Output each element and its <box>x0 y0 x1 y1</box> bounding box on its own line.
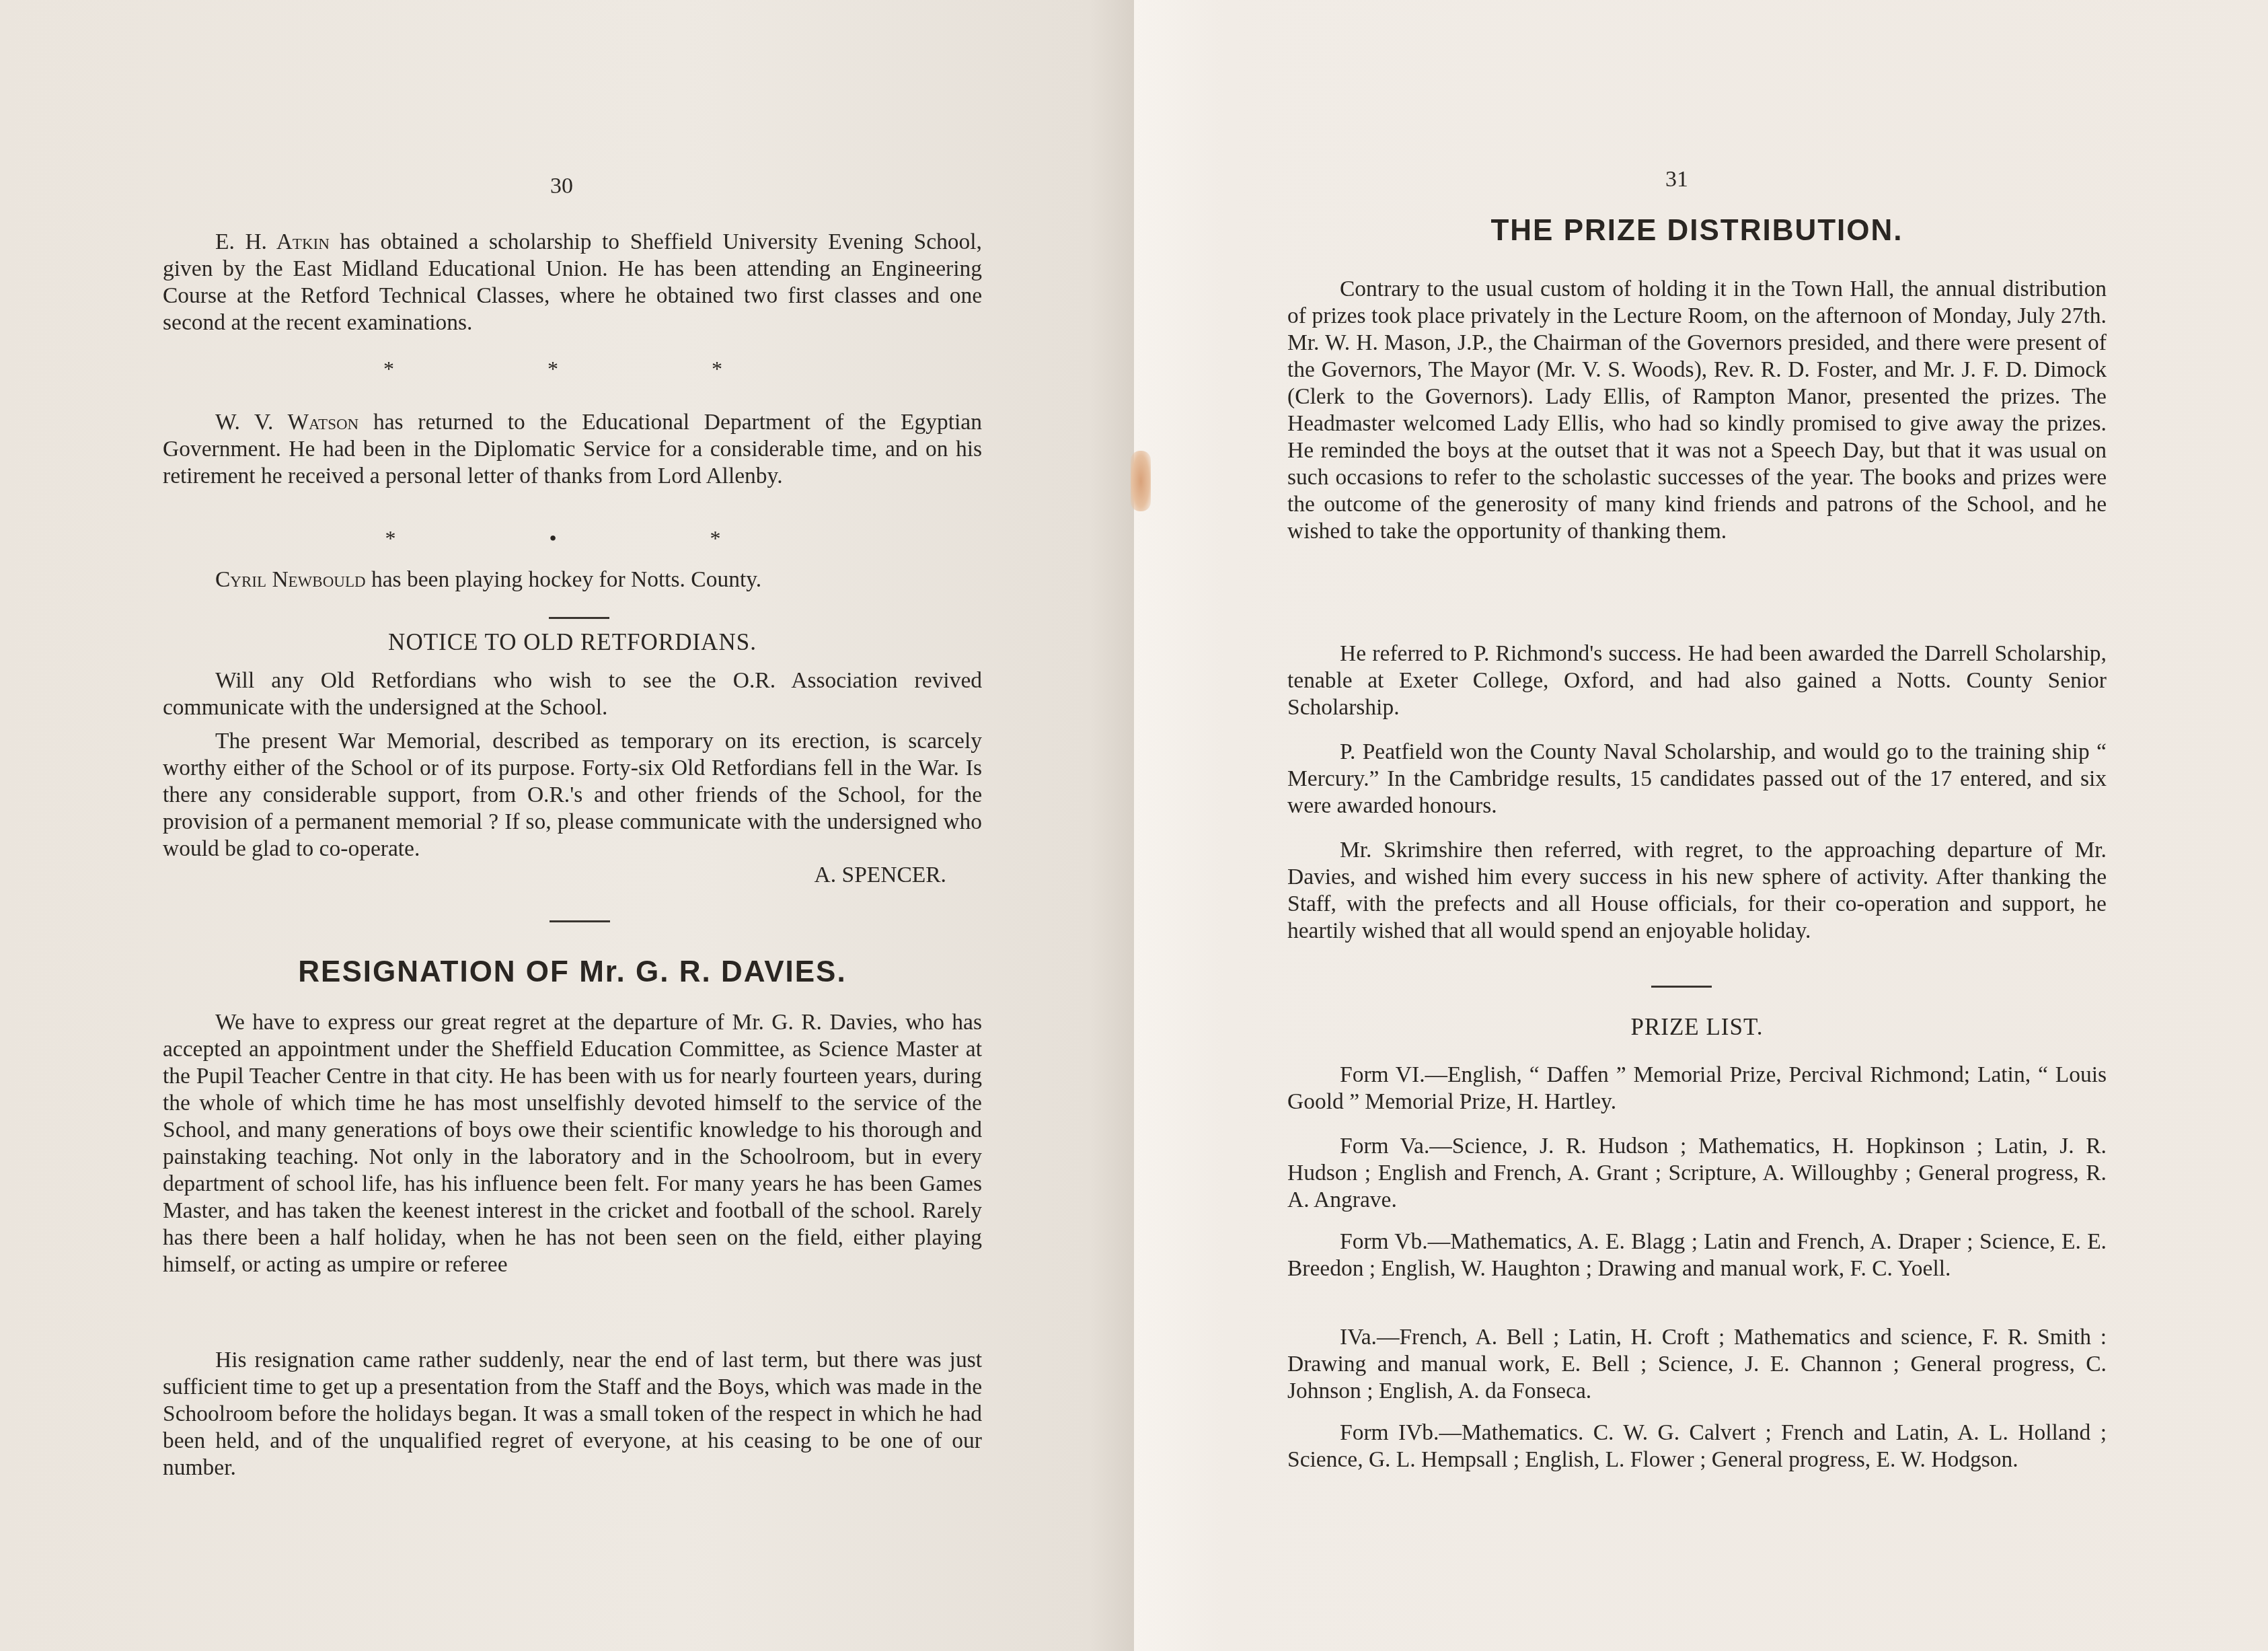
notice-heading: NOTICE TO OLD RETFORDIANS. <box>163 629 982 656</box>
page-number: 30 <box>528 174 595 199</box>
section-separator: * • * <box>180 526 999 551</box>
person-name: E. H. Atkin <box>215 229 330 254</box>
prize-paragraph: P. Peatfield won the County Naval Schola… <box>1287 739 2107 819</box>
divider <box>550 920 610 922</box>
spine-stain <box>1131 451 1151 511</box>
prize-list-entry: Form VI.—English, “ Daffen ” Memorial Pr… <box>1287 1062 2107 1115</box>
newbould-paragraph: Cyril Newbould has been playing hockey f… <box>163 566 982 593</box>
page-number: 31 <box>1643 167 1710 192</box>
signature: A. SPENCER. <box>163 863 946 888</box>
prize-list-entry: Form IVb.—Mathematics. C. W. G. Calvert … <box>1287 1420 2107 1473</box>
person-name: W. V. Watson <box>215 410 358 435</box>
person-name: Cyril Newbould <box>215 567 366 592</box>
atkin-paragraph: E. H. Atkin has obtained a scholarship t… <box>163 229 982 336</box>
resignation-paragraph: We have to express our great regret at t… <box>163 1009 982 1278</box>
prize-distribution-heading: THE PRIZE DISTRIBUTION. <box>1287 214 2107 248</box>
watson-paragraph: W. V. Watson has returned to the Educati… <box>163 409 982 490</box>
resignation-paragraph: His resignation came rather suddenly, ne… <box>163 1347 982 1481</box>
right-page: 31 THE PRIZE DISTRIBUTION. Contrary to t… <box>1134 0 2268 1651</box>
divider <box>549 617 609 619</box>
prize-list-entry: Form Va.—Science, J. R. Hudson ; Mathema… <box>1287 1133 2107 1214</box>
notice-paragraph: The present War Memorial, described as t… <box>163 728 982 863</box>
divider <box>1651 986 1712 988</box>
notice-paragraph: Will any Old Retfordians who wish to see… <box>163 667 982 721</box>
prize-paragraph: Mr. Skrimshire then referred, with regre… <box>1287 837 2107 945</box>
prize-list-entry: IVa.—French, A. Bell ; Latin, H. Croft ;… <box>1287 1324 2107 1405</box>
prize-list-entry: Form Vb.—Mathematics, A. E. Blagg ; Lati… <box>1287 1228 2107 1282</box>
prize-list-heading: PRIZE LIST. <box>1287 1014 2107 1041</box>
section-separator: * * * <box>180 357 999 381</box>
resignation-heading: RESIGNATION OF Mr. G. R. DAVIES. <box>163 955 982 989</box>
prize-paragraph: He referred to P. Richmond's success. He… <box>1287 640 2107 721</box>
prize-paragraph: Contrary to the usual custom of holding … <box>1287 276 2107 545</box>
left-page: 30 E. H. Atkin has obtained a scholarshi… <box>0 0 1134 1651</box>
